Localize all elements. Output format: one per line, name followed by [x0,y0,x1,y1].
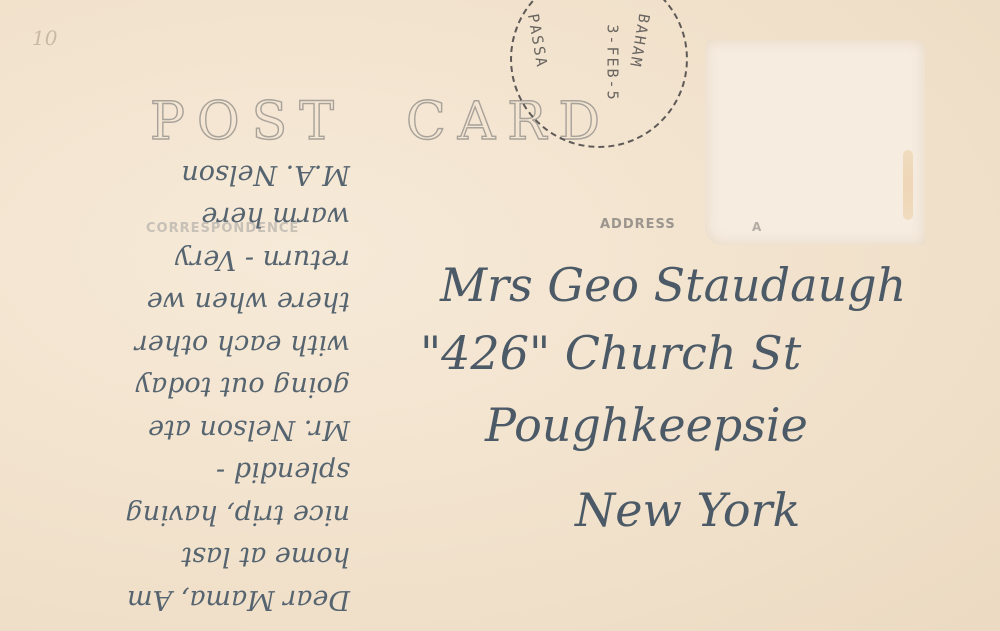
message-line: Mr. Nelson ate [10,408,350,451]
postmark-ring-left: PASSA [524,12,551,69]
address-line-street: "426" Church St [420,330,801,376]
message-line: nice trip, having [10,493,350,536]
message-line: return - Very [10,238,350,281]
message-line: warm here [10,195,350,238]
stamp-marker-label: A [752,220,762,234]
stain-mark [903,150,913,220]
address-label: ADDRESS [600,217,676,232]
message-line: home at last [10,535,350,578]
message-line: with each other [10,323,350,366]
postmark-ring-right: BAHAM [626,12,653,69]
message-line: Dear Mama, Am [10,578,350,621]
postmark-date: 3-FEB-5 [604,24,622,101]
message-line: there when we [10,280,350,323]
address-line-city: Poughkeepsie [485,402,808,448]
address-line-name: Mrs Geo Staudaugh [440,262,906,308]
message-line: going out today [10,365,350,408]
postcard-back: 10 POSTCARD CORRESPONDENCE ADDRESS A PAS… [0,0,1000,631]
handwritten-message: Dear Mama, Am home at last nice trip, ha… [10,80,350,620]
message-line: splendid - [10,450,350,493]
pencil-number: 10 [32,26,57,50]
stamp-removed-icon [705,40,925,245]
address-line-state: New York [575,487,800,533]
message-signature: M.A. Nelson [10,153,350,196]
